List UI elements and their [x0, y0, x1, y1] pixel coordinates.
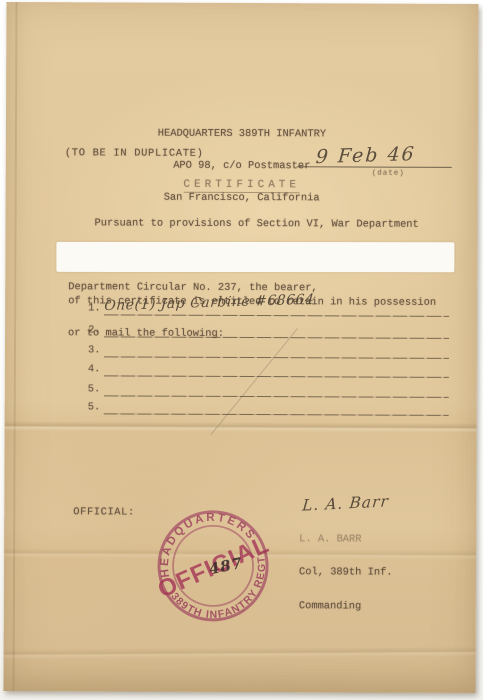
redaction-strip — [56, 242, 454, 272]
corner-crease — [3, 2, 79, 22]
item-rule-line — [104, 395, 449, 398]
list-item-2: 2. — [88, 324, 449, 342]
paragraph-line: Pursuant to provisions of Section VI, Wa… — [69, 218, 447, 230]
list-item-5: 5. — [88, 383, 449, 401]
list-item-4: 4. — [88, 363, 449, 381]
item-rule-line — [104, 413, 449, 416]
item-rule-line — [104, 314, 449, 317]
item-number: 2. — [88, 324, 101, 336]
item-number: 4. — [88, 363, 101, 375]
signature-typed-role: Commanding — [299, 602, 393, 614]
item-rule-line — [104, 375, 449, 378]
signature-typed-block: L. A. BARR Col, 389th Inf. Commanding — [299, 511, 393, 636]
letterhead-unit: HEADQUARTERS 389TH INFANTRY — [6, 128, 478, 141]
document-title: CERTIFICATE — [6, 179, 478, 192]
official-label: OFFICIAL: — [73, 507, 135, 518]
official-stamp: HEADQUARTERS 389TH INFANTRY REGT OFFICIA… — [128, 481, 299, 652]
handwritten-date: 9 Feb 46 — [315, 143, 416, 168]
item-number: 1. — [88, 302, 101, 314]
signature-typed-unit: Col, 389th Inf. — [299, 568, 393, 580]
list-item-3: 3. — [88, 344, 449, 362]
signature-typed-name: L. A. BARR — [299, 534, 393, 546]
fold-crease-upper — [5, 421, 477, 433]
item-number: 5. — [88, 383, 101, 395]
item-number: 3. — [88, 344, 101, 356]
list-item-6: 5. — [88, 401, 449, 419]
date-label: (date) — [372, 169, 405, 180]
item-rule-line — [104, 356, 449, 359]
item-number: 5. — [88, 401, 101, 413]
scan-background: HEADQUARTERS 389TH INFANTRY APO 98, c/o … — [0, 0, 483, 700]
duplicate-note: (TO BE IN DUPLICATE) — [65, 148, 204, 159]
item-rule-line — [104, 336, 449, 339]
document-paper: HEADQUARTERS 389TH INFANTRY APO 98, c/o … — [3, 2, 478, 693]
